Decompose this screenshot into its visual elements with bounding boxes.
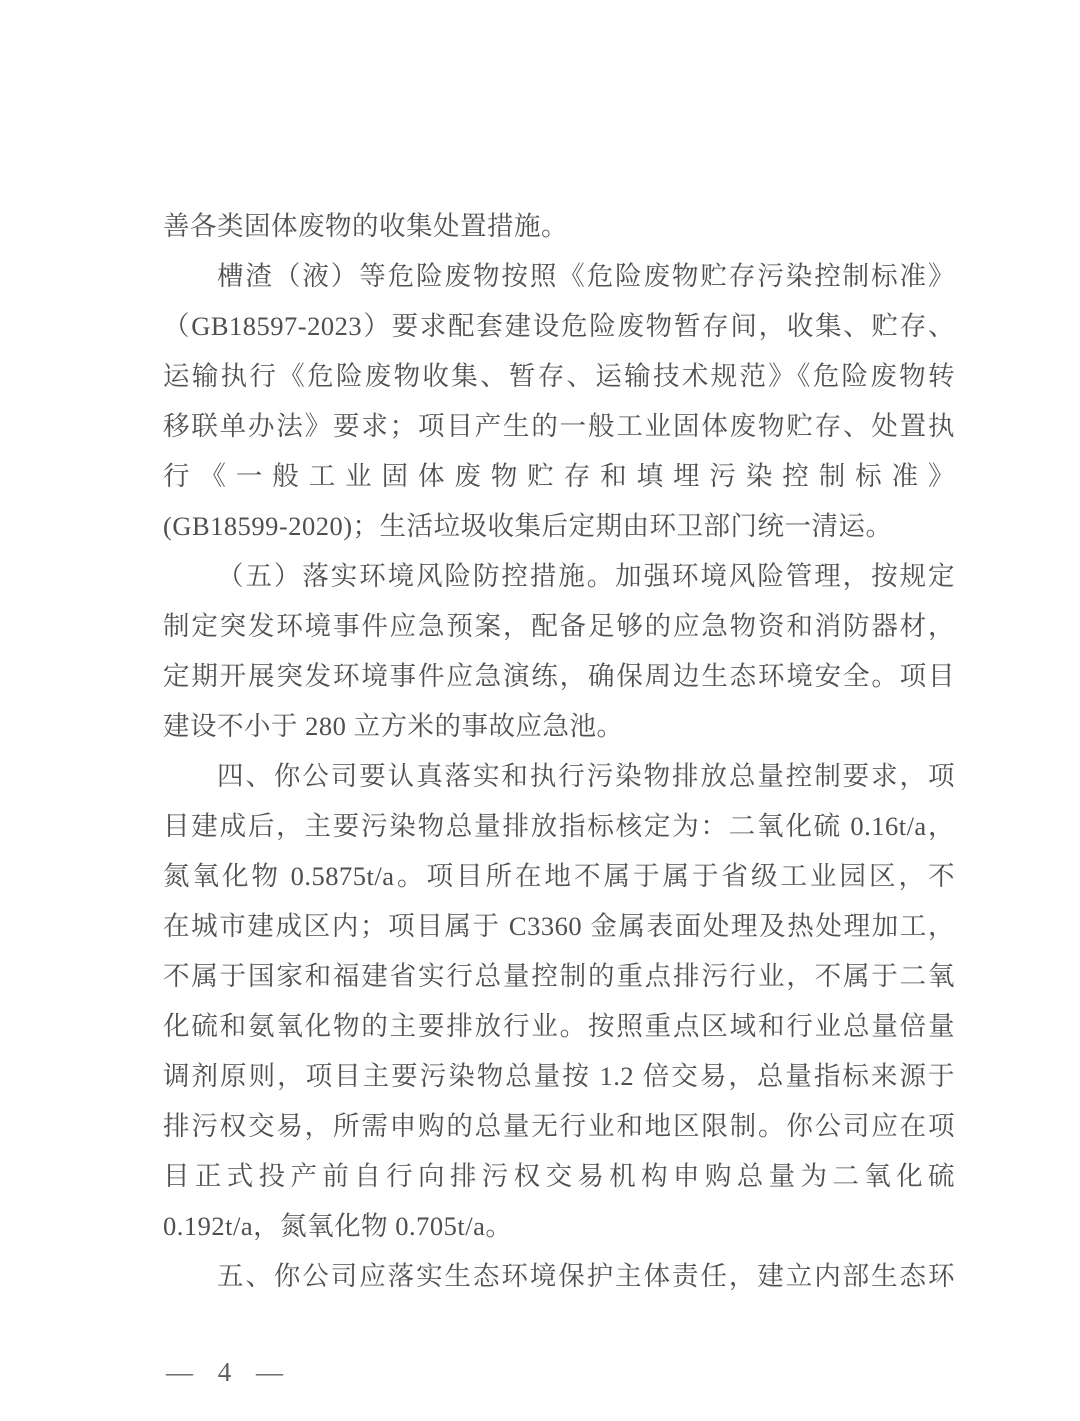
text-line: 在城市建成区内；项目属于 C3360 金属表面处理及热处理加工， [163, 901, 955, 951]
text-line: 0.192t/a，氮氧化物 0.705t/a。 [163, 1201, 955, 1251]
document-page: 善各类固体废物的收集处置措施。槽渣（液）等危险废物按照《危险废物贮存污染控制标准… [0, 0, 1080, 1421]
text-line: （五）落实环境风险防控措施。加强环境风险管理，按规定 [163, 551, 955, 601]
text-line: 调剂原则，项目主要污染物总量按 1.2 倍交易，总量指标来源于 [163, 1051, 955, 1101]
text-line: 槽渣（液）等危险废物按照《危险废物贮存污染控制标准》 [163, 251, 955, 301]
document-body: 善各类固体废物的收集处置措施。槽渣（液）等危险废物按照《危险废物贮存污染控制标准… [163, 201, 955, 1301]
text-line: 目正式投产前自行向排污权交易机构申购总量为二氧化硫 [163, 1151, 955, 1201]
text-line: 善各类固体废物的收集处置措施。 [163, 201, 955, 251]
page-number: — 4 — [166, 1352, 292, 1392]
text-line: 排污权交易，所需申购的总量无行业和地区限制。你公司应在项 [163, 1101, 955, 1151]
text-line: 不属于国家和福建省实行总量控制的重点排污行业，不属于二氧 [163, 951, 955, 1001]
text-line: 移联单办法》要求；项目产生的一般工业固体废物贮存、处置执 [163, 401, 955, 451]
text-line: 建设不小于 280 立方米的事故应急池。 [163, 701, 955, 751]
text-line: 化硫和氨氧化物的主要排放行业。按照重点区域和行业总量倍量 [163, 1001, 955, 1051]
text-line: 四、你公司要认真落实和执行污染物排放总量控制要求，项 [163, 751, 955, 801]
text-line: 定期开展突发环境事件应急演练，确保周边生态环境安全。项目 [163, 651, 955, 701]
text-line: 制定突发环境事件应急预案，配备足够的应急物资和消防器材， [163, 601, 955, 651]
text-line: 目建成后，主要污染物总量排放指标核定为：二氧化硫 0.16t/a， [163, 801, 955, 851]
text-line: (GB18599-2020)；生活垃圾收集后定期由环卫部门统一清运。 [163, 501, 955, 551]
text-line: 氮氧化物 0.5875t/a。项目所在地不属于属于省级工业园区，不 [163, 851, 955, 901]
text-line: 运输执行《危险废物收集、暂存、运输技术规范》《危险废物转 [163, 351, 955, 401]
text-line: 行《一般工业固体废物贮存和填埋污染控制标准》 [163, 451, 955, 501]
text-line: 五、你公司应落实生态环境保护主体责任，建立内部生态环 [163, 1251, 955, 1301]
text-line: （GB18597-2023）要求配套建设危险废物暂存间，收集、贮存、 [163, 301, 955, 351]
